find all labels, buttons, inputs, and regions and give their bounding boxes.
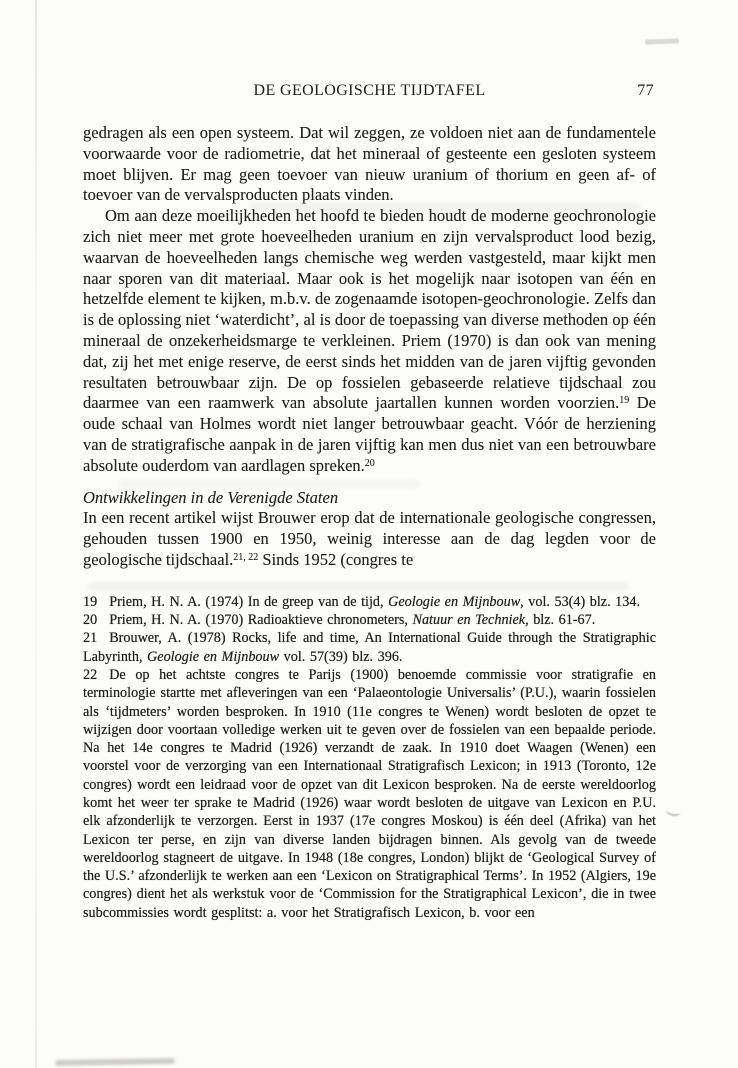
footnote-21-journal: Geologie en Mijnbouw [147,649,279,665]
page-header: DE GEOLOGISCHE TIJDTAFEL 77 [83,82,656,103]
footnote-20-journal: Natuur en Techniek [412,612,525,628]
footnote-20: 20Priem, H. N. A. (1970) Radioaktieve ch… [83,611,656,629]
paragraph-1-text: gedragen als een open systeem. Dat wil z… [83,123,656,204]
footnote-21-text-end: vol. 57(39) blz. 396. [279,649,402,665]
scan-dash-artifact [645,38,679,44]
paragraph-3: In een recent artikel wijst Brouwer erop… [83,508,656,570]
text-column: DE GEOLOGISCHE TIJDTAFEL 77 gedragen als… [83,82,656,922]
footnote-19-text: Priem, H. N. A. (1974) In de greep van d… [109,594,388,610]
footnotes-section: 19Priem, H. N. A. (1974) In de greep van… [83,593,656,922]
footnote-ref-21-22: 21, 22 [233,552,258,563]
footnote-ref-20: 20 [365,458,375,469]
footnote-21: 21Brouwer, A. (1978) Rocks, life and tim… [83,629,656,666]
footnote-20-number: 20 [83,612,97,628]
footnote-20-text-end: , blz. 61-67. [525,612,595,628]
footnote-19: 19Priem, H. N. A. (1974) In de greep van… [83,593,656,611]
section-heading: Ontwikkelingen in de Verenigde Staten [83,488,656,509]
running-title: DE GEOLOGISCHE TIJDTAFEL [253,82,485,100]
footnote-19-number: 19 [83,594,97,610]
footnote-ref-19: 19 [619,395,629,406]
footnote-20-text: Priem, H. N. A. (1970) Radioaktieve chro… [109,612,412,628]
footnote-19-journal: Geologie en Mijnbouw [388,594,520,610]
paragraph-3-text-continued: Sinds 1952 (congres te [258,550,413,569]
footnote-21-number: 21 [83,630,97,646]
scanned-book-page: DE GEOLOGISCHE TIJDTAFEL 77 gedragen als… [0,0,738,1068]
paragraph-2: Om aan deze moeilijkheden het hoofd te b… [83,206,656,476]
paragraph-2-text: Om aan deze moeilijkheden het hoofd te b… [83,206,656,412]
footnote-22-number: 22 [83,667,97,683]
paragraph-1: gedragen als een open systeem. Dat wil z… [83,123,656,206]
scan-mark-artifact [665,805,682,817]
scan-smudge-artifact [55,1058,175,1066]
page-number: 77 [637,82,654,100]
footnote-19-text-end: , vol. 53(4) blz. 134. [520,594,640,610]
scan-gutter-line-artifact [35,0,37,1068]
footnote-22-text: De op het achtste congres te Parijs (190… [83,667,656,921]
footnote-22: 22De op het achtste congres te Parijs (1… [83,666,656,922]
